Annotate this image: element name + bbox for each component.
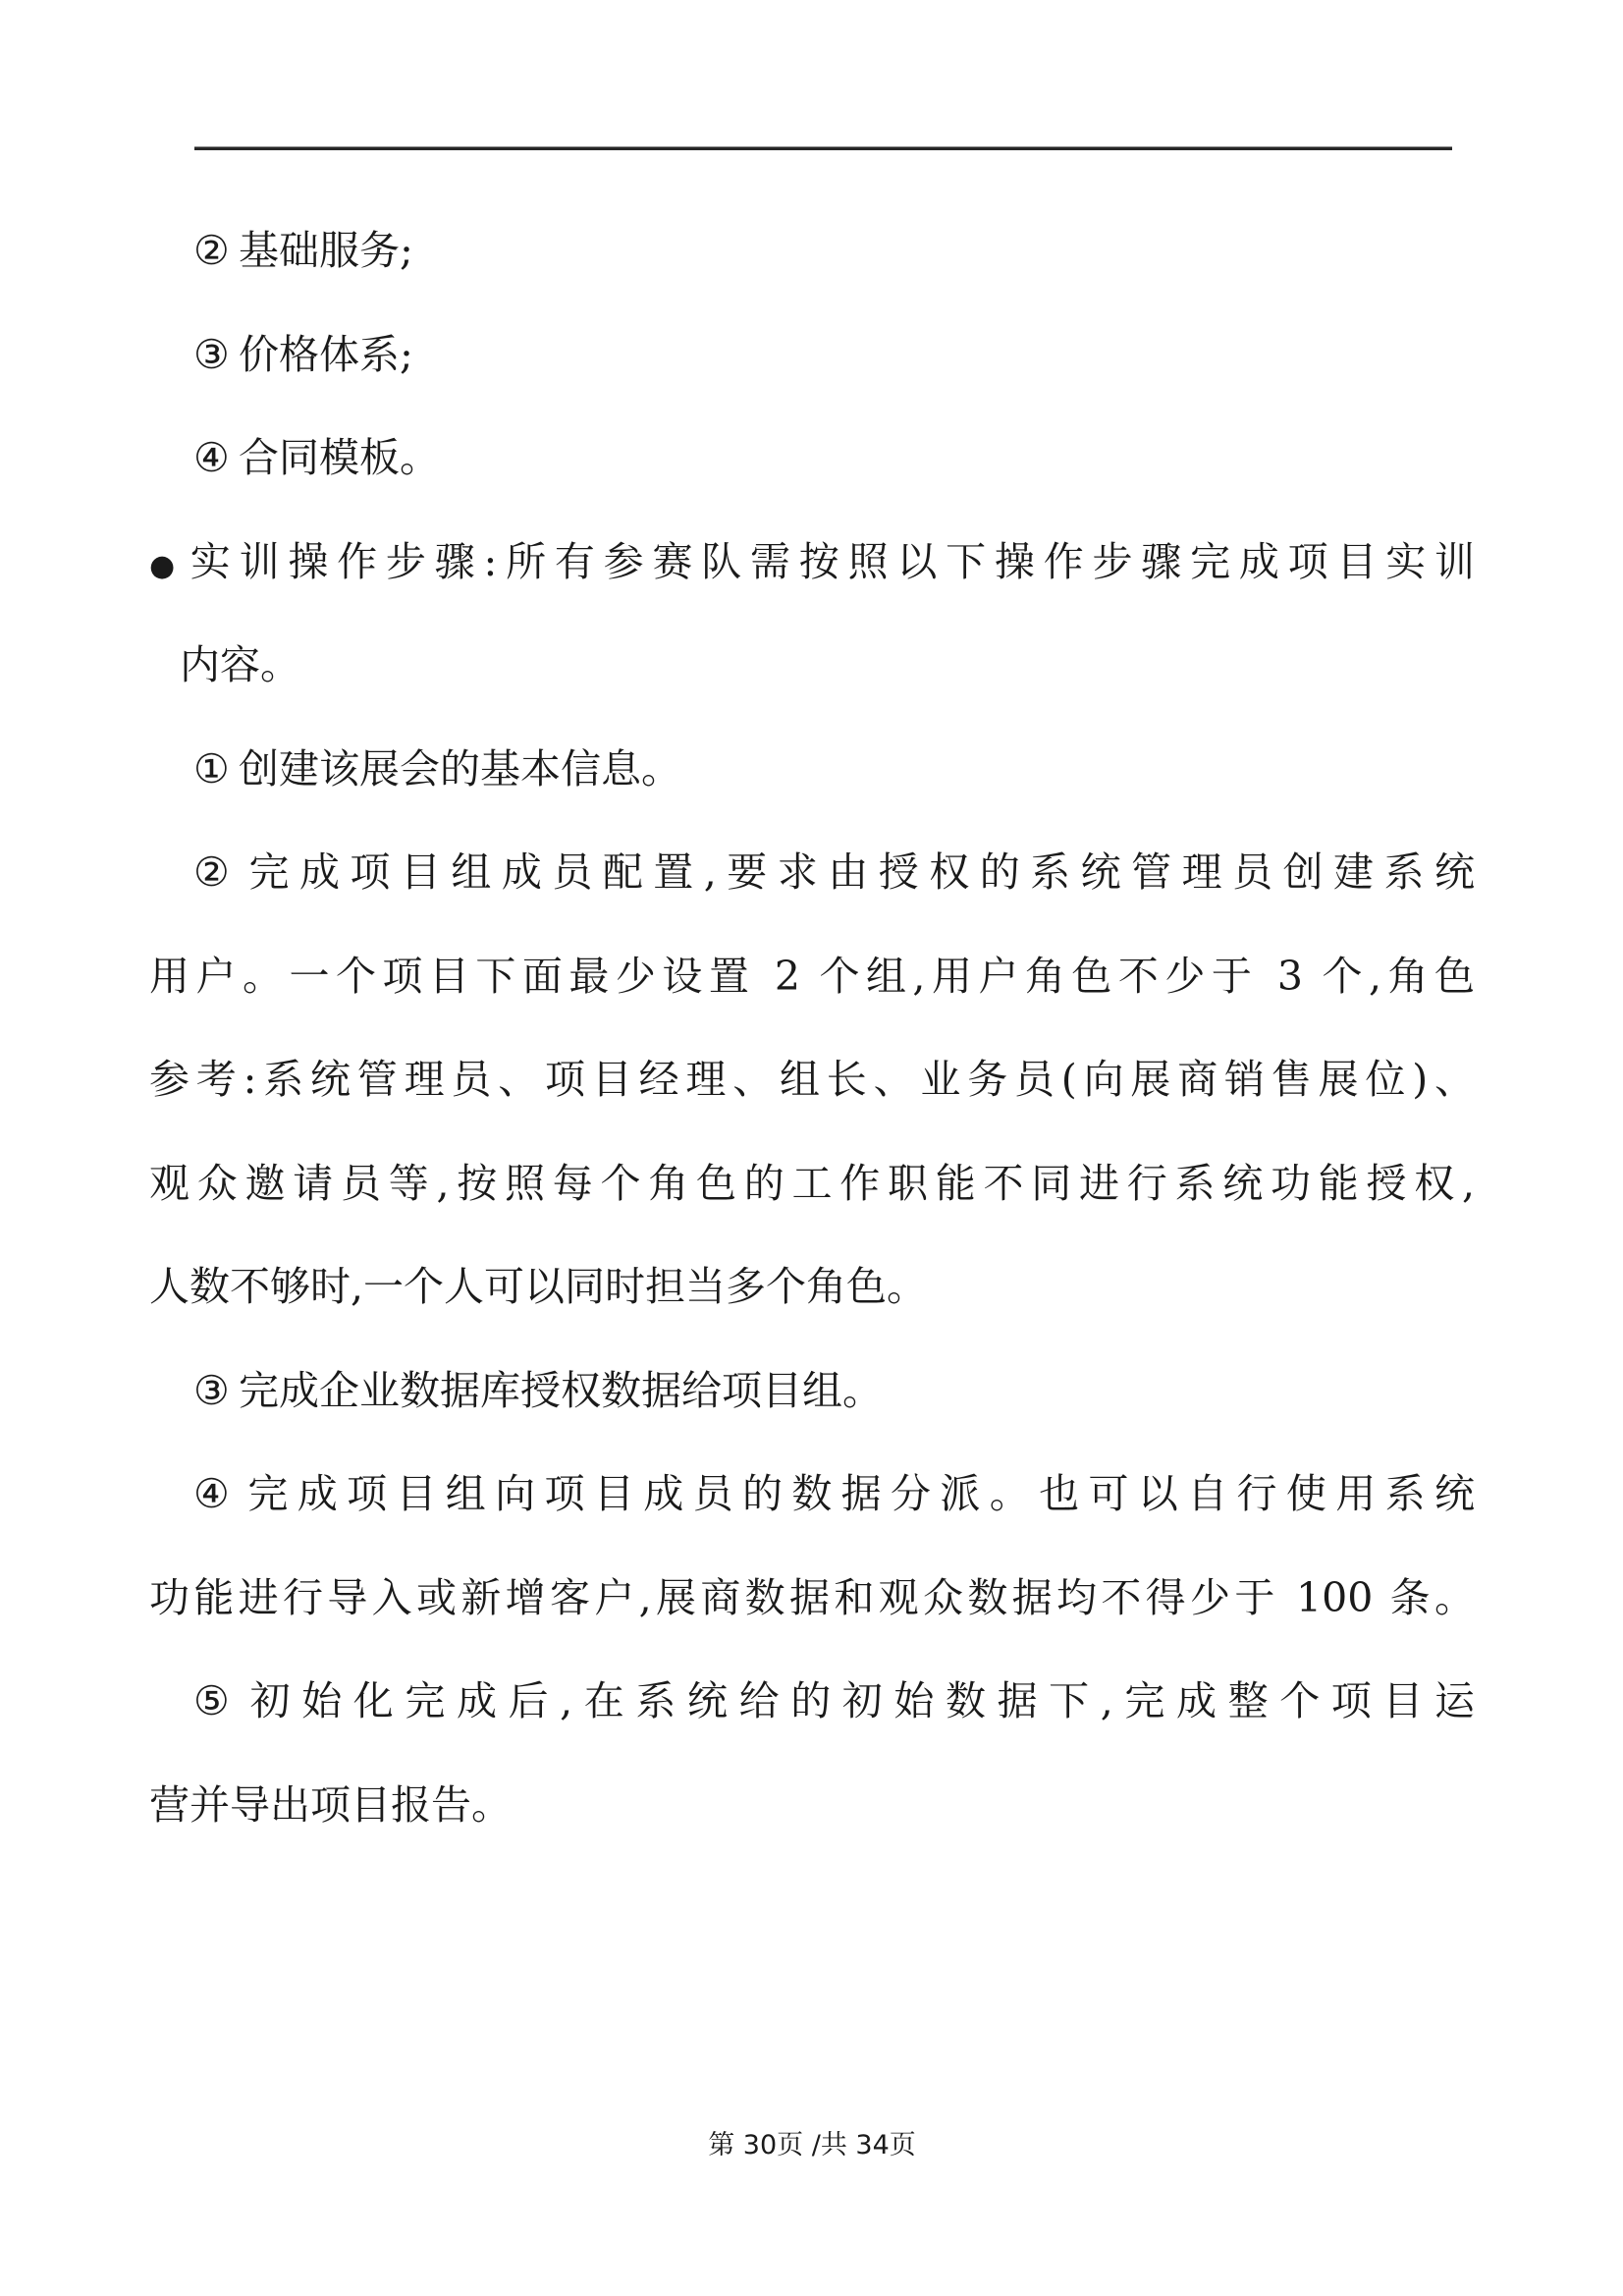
paragraph-line: 人数不够时,一个人可以同时担当多个角色。 bbox=[149, 1235, 1475, 1339]
paragraph-line: 观众邀请员等,按照每个角色的工作职能不同进行系统功能授权, bbox=[149, 1132, 1475, 1236]
line-text: 人数不够时,一个人可以同时担当多个角色。 bbox=[149, 1263, 927, 1310]
header-rule bbox=[194, 147, 1452, 150]
ordered-item-4b: ④完成项目组向项目成员的数据分派。也可以自行使用系统 bbox=[149, 1443, 1475, 1547]
line-text: 观众邀请员等,按照每个角色的工作职能不同进行系统功能授权, bbox=[149, 1160, 1475, 1207]
item-text: 合同模板。 bbox=[239, 434, 440, 481]
document-page: ②基础服务; ③价格体系; ④合同模板。 ●实训操作步骤:所有参赛队需按照以下操… bbox=[0, 0, 1623, 2296]
item-text: 完成企业数据库授权数据给项目组。 bbox=[239, 1367, 883, 1414]
circled-number-icon: ② bbox=[193, 821, 239, 925]
item-text: 创建该展会的基本信息。 bbox=[239, 745, 681, 793]
item-text: 完成项目组向项目成员的数据分派。也可以自行使用系统 bbox=[239, 1470, 1475, 1517]
circled-number-icon: ④ bbox=[193, 1443, 239, 1547]
ordered-item-1: ①创建该展会的基本信息。 bbox=[149, 718, 1475, 822]
ordered-item-5: ⑤初始化完成后,在系统给的初始数据下,完成整个项目运 bbox=[149, 1650, 1475, 1754]
ordered-item-2b: ②完成项目组成员配置,要求由授权的系统管理员创建系统 bbox=[149, 821, 1475, 925]
circled-number-icon: ② bbox=[193, 199, 239, 303]
circled-number-icon: ③ bbox=[193, 303, 239, 408]
bullet-icon: ● bbox=[149, 515, 182, 619]
item-text: 基础服务; bbox=[239, 227, 413, 274]
item-text: 完成项目组成员配置,要求由授权的系统管理员创建系统 bbox=[239, 848, 1475, 896]
page-number-footer: 第 30页 /共 34页 bbox=[149, 2123, 1475, 2167]
line-text: 内容。 bbox=[180, 641, 300, 688]
circled-number-icon: ⑤ bbox=[193, 1650, 239, 1754]
circled-number-icon: ③ bbox=[193, 1339, 239, 1444]
line-text: 参考:系统管理员、项目经理、组长、业务员(向展商销售展位)、 bbox=[149, 1056, 1475, 1103]
line-text: 功能进行导入或新增客户,展商数据和观众数据均不得少于 100 条。 bbox=[149, 1574, 1475, 1621]
paragraph-line: 用户。一个项目下面最少设置 2 个组,用户角色不少于 3 个,角色 bbox=[149, 925, 1475, 1029]
paragraph-line: 内容。 bbox=[149, 614, 1475, 718]
bullet-item: ●实训操作步骤:所有参赛队需按照以下操作步骤完成项目实训 bbox=[149, 511, 1475, 615]
ordered-item-2: ②基础服务; bbox=[149, 199, 1475, 303]
line-text: 用户。一个项目下面最少设置 2 个组,用户角色不少于 3 个,角色 bbox=[149, 953, 1475, 1000]
ordered-item-4: ④合同模板。 bbox=[149, 407, 1475, 511]
ordered-item-3: ③价格体系; bbox=[149, 303, 1475, 408]
ordered-item-3b: ③完成企业数据库授权数据给项目组。 bbox=[149, 1339, 1475, 1444]
paragraph-line: 参考:系统管理员、项目经理、组长、业务员(向展商销售展位)、 bbox=[149, 1028, 1475, 1132]
paragraph-line: 营并导出项目报告。 bbox=[149, 1754, 1475, 1858]
document-body: ②基础服务; ③价格体系; ④合同模板。 ●实训操作步骤:所有参赛队需按照以下操… bbox=[149, 199, 1475, 1857]
page-indicator: 第 30页 /共 34页 bbox=[708, 2130, 916, 2160]
item-text: 初始化完成后,在系统给的初始数据下,完成整个项目运 bbox=[239, 1677, 1475, 1724]
line-text: 营并导出项目报告。 bbox=[149, 1781, 512, 1829]
circled-number-icon: ① bbox=[193, 718, 239, 822]
item-text: 实训操作步骤:所有参赛队需按照以下操作步骤完成项目实训 bbox=[182, 538, 1475, 585]
circled-number-icon: ④ bbox=[193, 407, 239, 511]
item-text: 价格体系; bbox=[239, 331, 413, 378]
paragraph-line: 功能进行导入或新增客户,展商数据和观众数据均不得少于 100 条。 bbox=[149, 1547, 1475, 1651]
